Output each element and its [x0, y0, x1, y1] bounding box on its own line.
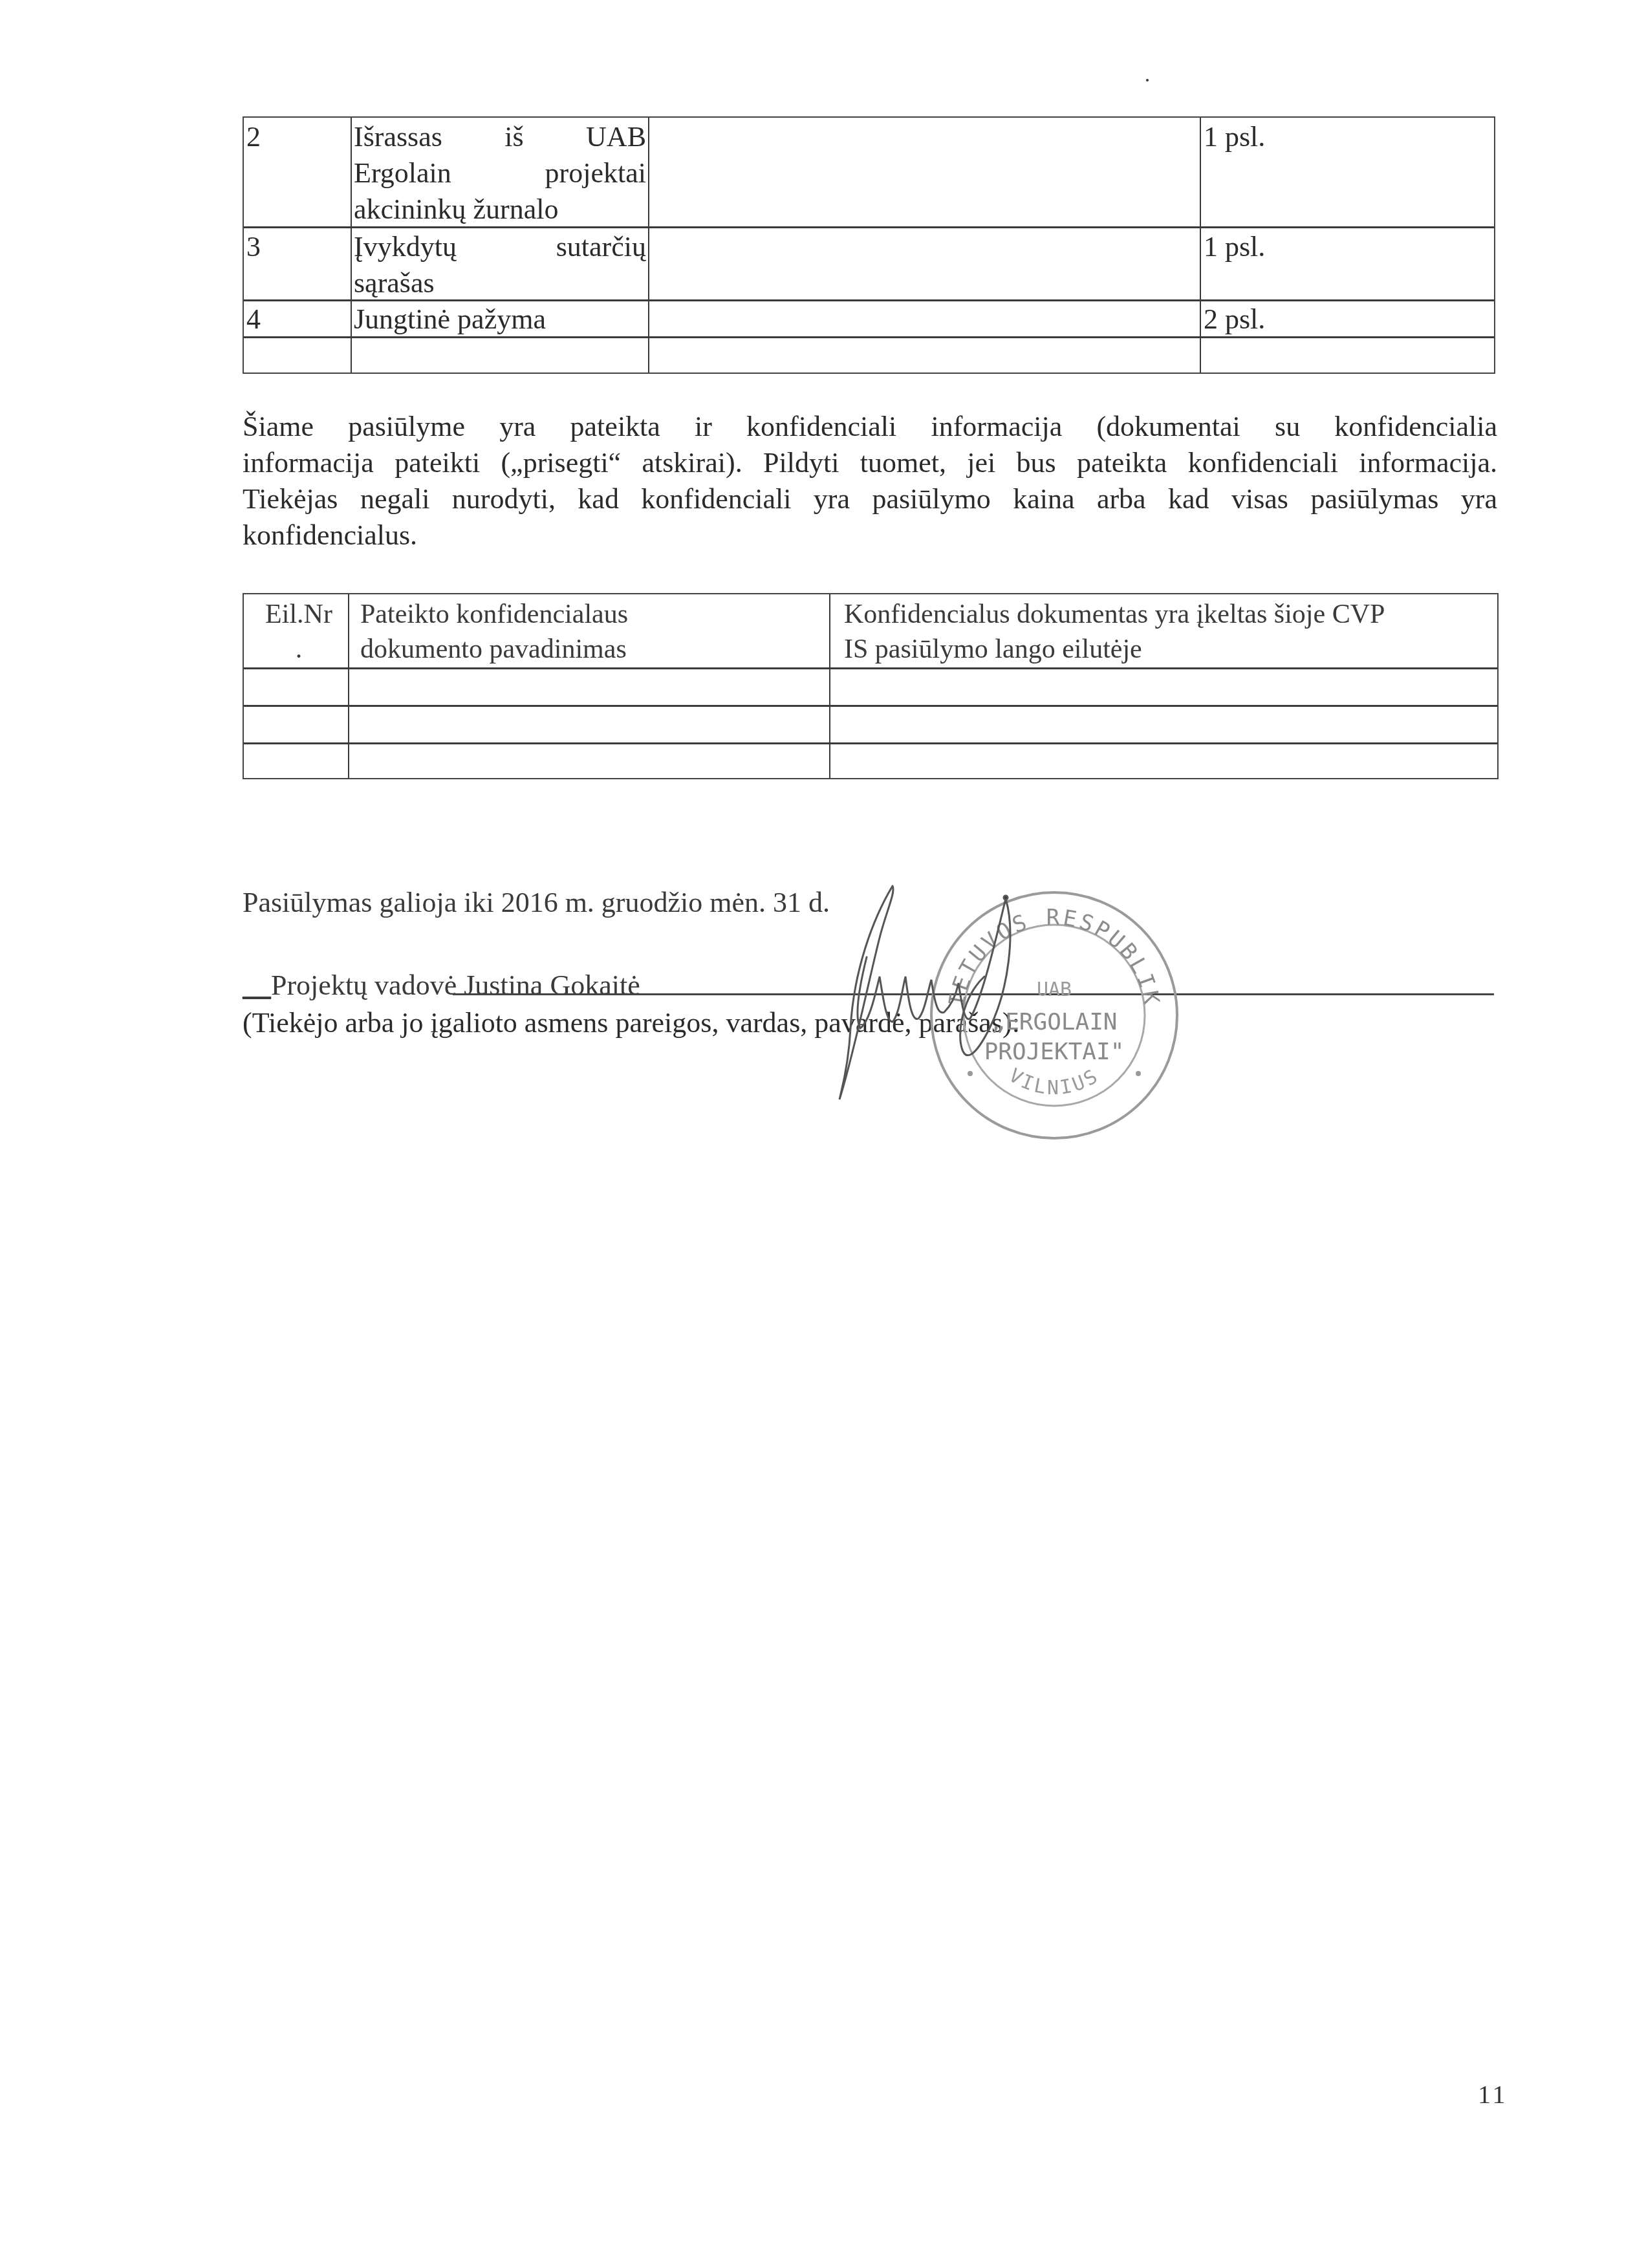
table-row-name: Išrassas iš UAB Ergolain projektai akcin…	[354, 119, 646, 228]
table-row-pages: 1 psl.	[1204, 119, 1265, 155]
notice-line: informacija pateikti („prisegti“ atskira…	[243, 445, 1497, 481]
column-divider	[351, 118, 352, 373]
table-row-name: Įvykdytų sutarčių sąrašas	[354, 229, 646, 301]
header-line: Konfidencialus dokumentas yra įkeltas ši…	[844, 597, 1385, 632]
signer-prefix: __	[243, 969, 271, 1001]
notice-line: Tiekėjas negali nurodyti, kad konfidenci…	[243, 481, 1497, 517]
header-line: IS pasiūlymo lango eilutėje	[844, 632, 1385, 667]
column-divider	[829, 594, 830, 778]
signer-name: Projektų vadovė Justina Gokaitė	[271, 969, 640, 1001]
name-line: sąrašas	[354, 265, 646, 301]
scan-speck	[1146, 79, 1149, 81]
row-divider	[244, 742, 1497, 744]
column-divider	[1200, 118, 1201, 373]
table-row-nr: 3	[246, 229, 261, 265]
header-document-name: Pateikto konfidencialaus dokumento pavad…	[360, 597, 628, 667]
notice-line: Šiame pasiūlyme yra pateikta ir konfiden…	[243, 409, 1497, 445]
column-divider	[348, 594, 349, 778]
column-divider	[648, 118, 649, 373]
header-line: dokumento pavadinimas	[360, 632, 628, 667]
offer-validity: Pasiūlymas galioja iki 2016 m. gruodžio …	[243, 886, 830, 919]
row-divider	[244, 705, 1497, 707]
header-nr-line: Eil.Nr	[257, 597, 341, 632]
name-line: Įvykdytų sutarčių	[354, 229, 646, 265]
confidential-notice: Šiame pasiūlyme yra pateikta ir konfiden…	[243, 409, 1497, 554]
confidential-documents-table: Eil.Nr . Pateikto konfidencialaus dokume…	[243, 593, 1499, 779]
page-number: 11	[1478, 2079, 1508, 2110]
name-line: akcininkų žurnalo	[354, 191, 646, 228]
row-divider	[244, 667, 1497, 669]
header-line: Pateikto konfidencialaus	[360, 597, 628, 632]
name-line: Ergolain projektai	[354, 155, 646, 191]
name-line: Išrassas iš UAB	[354, 119, 646, 155]
table-row-name: Jungtinė pažyma	[354, 301, 646, 338]
notice-line: konfidencialus.	[243, 517, 1497, 554]
documents-table: 2 Išrassas iš UAB Ergolain projektai akc…	[243, 116, 1495, 374]
table-row-pages: 1 psl.	[1204, 229, 1265, 265]
header-location: Konfidencialus dokumentas yra įkeltas ši…	[844, 597, 1385, 667]
table-row-pages: 2 psl.	[1204, 301, 1265, 338]
table-row-nr: 2	[246, 119, 261, 155]
header-nr-line: .	[257, 632, 341, 667]
table-row-nr: 4	[246, 301, 261, 338]
handwritten-signature-icon	[815, 860, 1048, 1106]
signer-line: __Projektų vadovė Justina Gokaitė	[243, 969, 640, 1002]
header-nr: Eil.Nr .	[257, 597, 341, 667]
